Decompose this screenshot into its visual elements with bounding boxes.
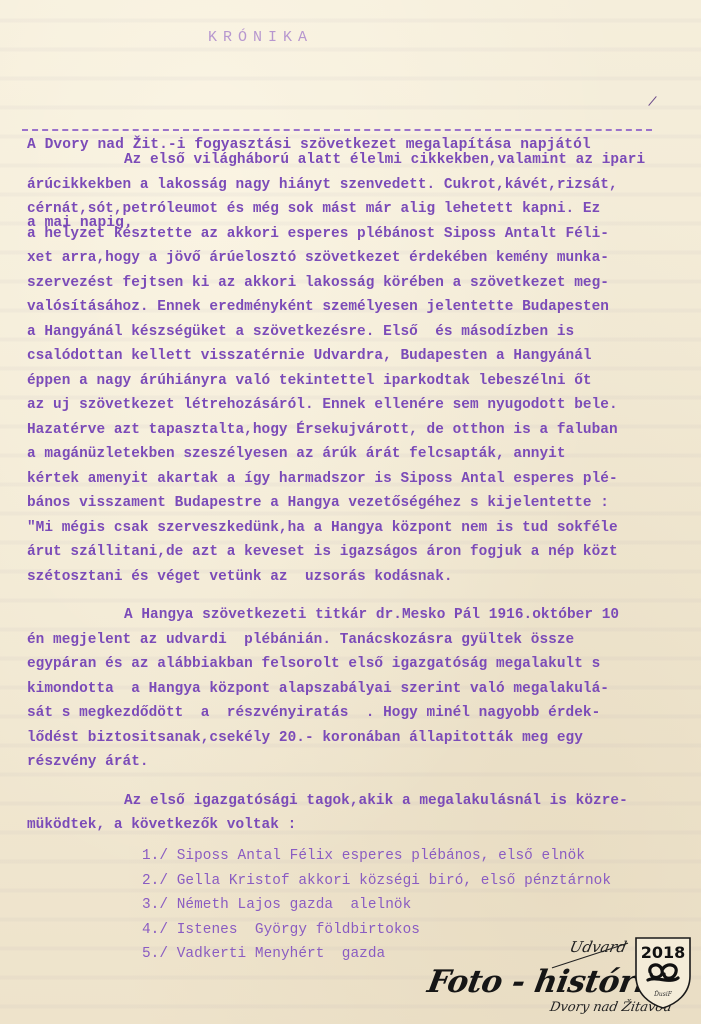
- text-line: én megjelent az udvardi plébánián. Tanác…: [27, 628, 697, 653]
- text-line: xet arra,hogy a jövő árúelosztó szövetke…: [27, 246, 697, 271]
- watermark-logo: Udvard Foto - história Dvory nad Žitavou…: [420, 930, 700, 1024]
- text-line: A Hangya szövetkezeti titkár dr.Mesko Pá…: [27, 603, 697, 628]
- document-title: KRÓNIKA: [208, 29, 313, 46]
- list-item: 1./ Siposs Antal Félix esperes plébános,…: [142, 844, 611, 869]
- watermark-main-text: Foto - história: [425, 964, 669, 1000]
- watermark-top-text: Udvard: [568, 938, 628, 956]
- text-line: éppen a nagy árúhiányra való tekintettel…: [27, 369, 697, 394]
- heading-underline: [22, 129, 652, 131]
- list-item: 2./ Gella Kristof akkori községi biró, e…: [142, 869, 611, 894]
- text-line: árut szállitani,de azt a keveset is igaz…: [27, 540, 697, 565]
- text-line: Az első igazgatósági tagok,akik a megala…: [27, 789, 697, 814]
- shield-icon: 2018 ĎusiF: [634, 936, 692, 1010]
- text-line: lődést biztositsanak,csekély 20.- koroná…: [27, 726, 697, 751]
- text-line: a Hangyánál készségüket a szövetkezésre.…: [27, 320, 697, 345]
- text-line: árúcikkekben a lakosság nagy hiányt szen…: [27, 173, 697, 198]
- document-body: Az első világháború alatt élelmi cikkekb…: [27, 148, 697, 838]
- text-line: a magánüzletekben szeszélyesen az árúk á…: [27, 442, 697, 467]
- text-line: müködtek, a következők voltak :: [27, 813, 697, 838]
- text-line: Az első világháború alatt élelmi cikkekb…: [27, 148, 697, 173]
- text-line: csalódottan kellett visszatérnie Udvardr…: [27, 344, 697, 369]
- text-line: kértek amenyit akartak a így harmadszor …: [27, 467, 697, 492]
- text-line: cérnát,sót,petróleumot és még sok mást m…: [27, 197, 697, 222]
- text-line: szétosztani és véget vetünk az uzsorás k…: [27, 565, 697, 590]
- text-line: kimondotta a Hangya központ alapszabálya…: [27, 677, 697, 702]
- text-line: az uj szövetkezet létrehozásáról. Ennek …: [27, 393, 697, 418]
- scanned-document-page: KRÓNIKA A Dvory nad Žit.-i fogyasztási s…: [0, 0, 701, 1024]
- text-line: részvény árát.: [27, 750, 697, 775]
- list-item: 3./ Németh Lajos gazda alelnök: [142, 893, 611, 918]
- shield-signature: ĎusiF: [653, 990, 673, 998]
- text-line: szervezést fejtsen ki az akkori lakosság…: [27, 271, 697, 296]
- text-line: bános visszament Budapestre a Hangya vez…: [27, 491, 697, 516]
- text-line: valósításához. Ennek eredményként személ…: [27, 295, 697, 320]
- text-line: sát s megkezdődött a részvényiratás . Ho…: [27, 701, 697, 726]
- text-line: egypáran és az alábbiakban felsorolt els…: [27, 652, 697, 677]
- text-line: a helyzet késztette az akkori esperes pl…: [27, 222, 697, 247]
- text-line: "Mi mégis csak szerveszkedünk,ha a Hangy…: [27, 516, 697, 541]
- text-line: Hazatérve azt tapasztalta,hogy Érsekujvá…: [27, 418, 697, 443]
- shield-year: 2018: [641, 943, 686, 962]
